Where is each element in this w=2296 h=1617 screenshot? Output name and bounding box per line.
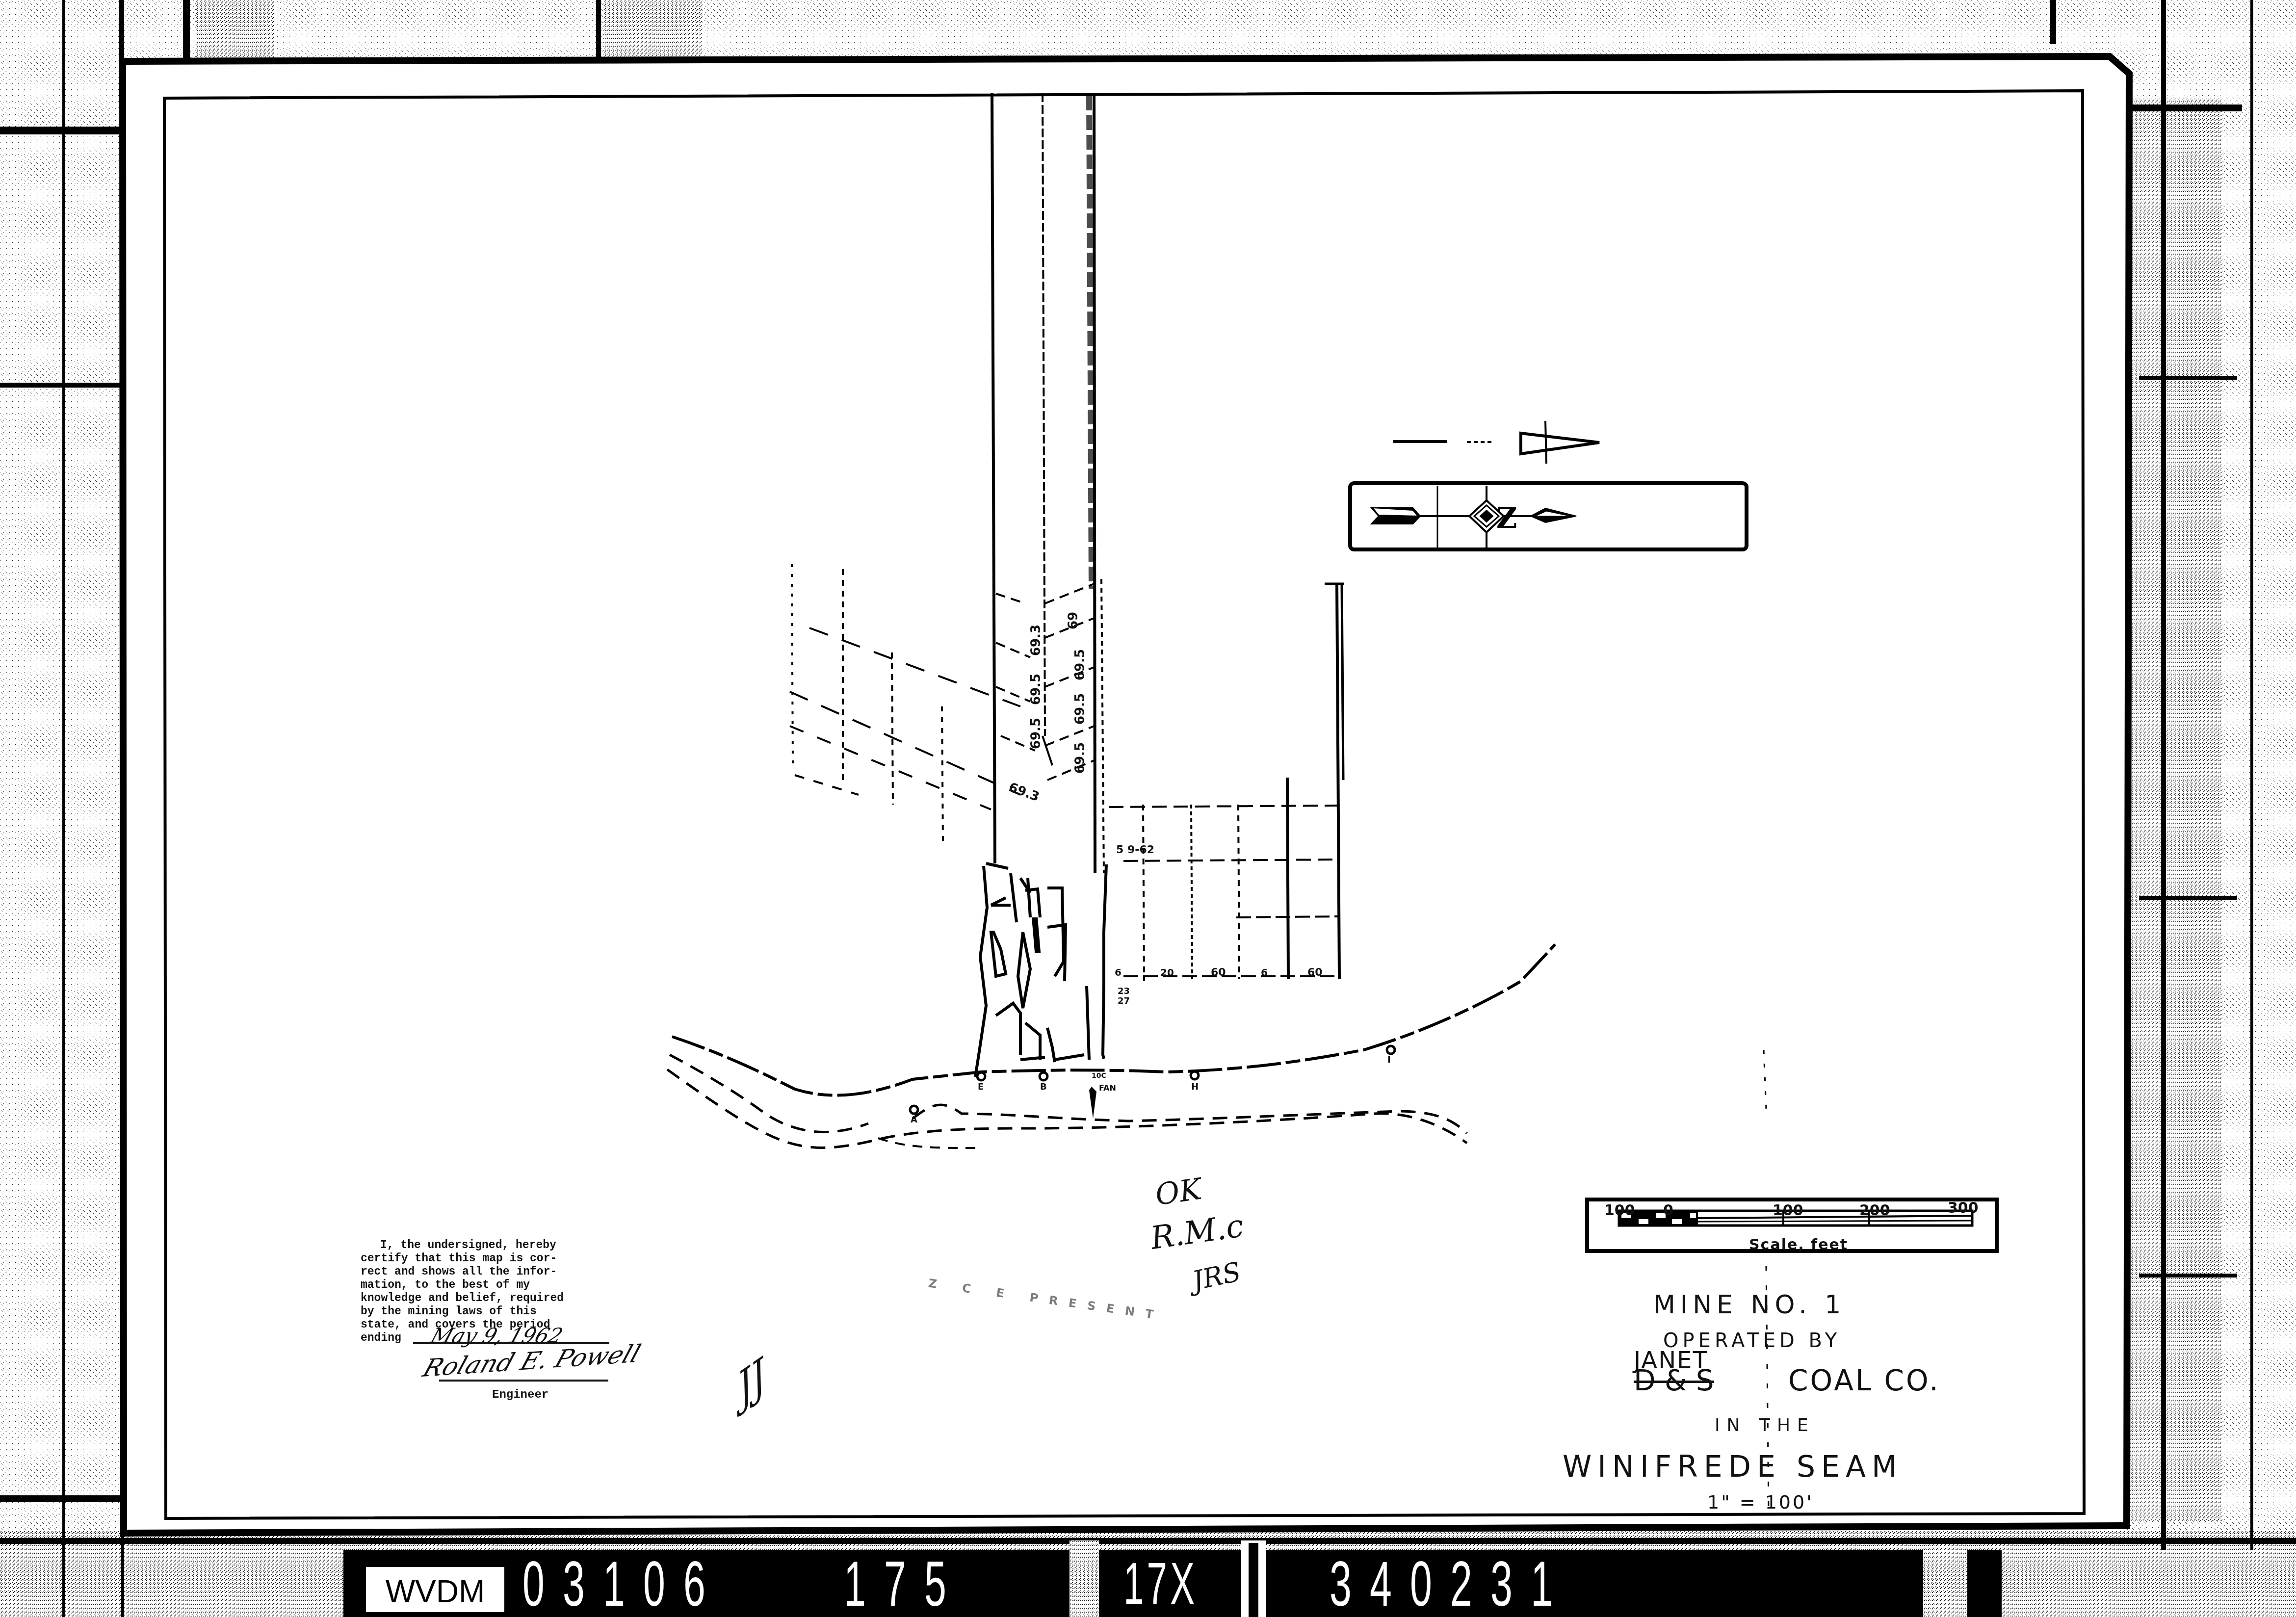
scale-tick: 100 (1773, 1202, 1803, 1219)
elevation-label: 69.3 (1029, 625, 1044, 656)
scale-tick: 100 (1604, 1202, 1635, 1219)
cert-line: I, the undersigned, hereby (361, 1239, 616, 1252)
archive-code: WVDM (364, 1565, 506, 1614)
in-the-label: IN THE (1715, 1415, 1815, 1435)
cert-line: mation, to the best of my (361, 1278, 616, 1292)
map-scan (0, 0, 2296, 1617)
operator-struck: D & S (1634, 1364, 1714, 1397)
engineer-role: Engineer (492, 1388, 548, 1402)
cert-date: May 9, 1962 (428, 1324, 566, 1348)
room-number: 6 (1261, 966, 1268, 978)
scale-tick: 300 (1948, 1200, 1979, 1217)
scale-tick: 200 (1859, 1202, 1890, 1219)
cert-line: knowledge and belief, required (361, 1292, 616, 1305)
elevation-label: 69.5 (1073, 742, 1088, 774)
north-arrow-compass (1350, 483, 1747, 549)
portal-label-i: I (1387, 1055, 1391, 1065)
film-segment: 175 (844, 1550, 965, 1617)
elevation-label: 69 (1066, 612, 1081, 629)
film-segment: 17X (1123, 1550, 1198, 1617)
map-scale-ratio: 1" = 100' (1707, 1491, 1814, 1513)
film-segment: 03106 (522, 1550, 724, 1617)
portal-label-a: A (911, 1115, 917, 1125)
elevation-label: 69.5 (1073, 649, 1088, 680)
cert-line: rect and shows all the infor- (361, 1265, 616, 1278)
film-segment: 340231 (1330, 1550, 1571, 1617)
room-number: 6 (1115, 966, 1122, 978)
room-number: 60 (1307, 966, 1323, 979)
compass-z-label: Z (1496, 501, 1517, 535)
approval-ok: OK (1153, 1172, 1204, 1212)
scale-tick: 0 (1663, 1202, 1673, 1219)
elevation-label: 69.5 (1029, 718, 1044, 749)
side-value: 27 (1118, 996, 1130, 1006)
signature-underline (439, 1380, 608, 1382)
seam-name: WINIFREDE SEAM (1563, 1450, 1903, 1484)
cert-line: by the mining laws of this (361, 1305, 616, 1318)
portal-label-b: B (1040, 1082, 1047, 1092)
portal-number: 10C (1092, 1072, 1106, 1080)
room-number: 60 (1211, 966, 1226, 979)
room-number: 20 (1160, 966, 1174, 978)
scale-caption: Scale, feet (1749, 1236, 1848, 1253)
elevation-label: 69.5 (1029, 674, 1044, 705)
elevation-label: 69.5 (1073, 693, 1088, 725)
side-value: 23 (1118, 986, 1130, 996)
portal-label-h: H (1191, 1082, 1199, 1092)
portal-label-e: E (978, 1082, 984, 1092)
mine-name: MINE NO. 1 (1653, 1290, 1846, 1320)
survey-date-label: 5 9-62 (1116, 844, 1154, 856)
cert-line: certify that this map is cor- (361, 1252, 616, 1265)
company-suffix: COAL CO. (1788, 1364, 1940, 1397)
fan-label: FAN (1099, 1083, 1116, 1093)
